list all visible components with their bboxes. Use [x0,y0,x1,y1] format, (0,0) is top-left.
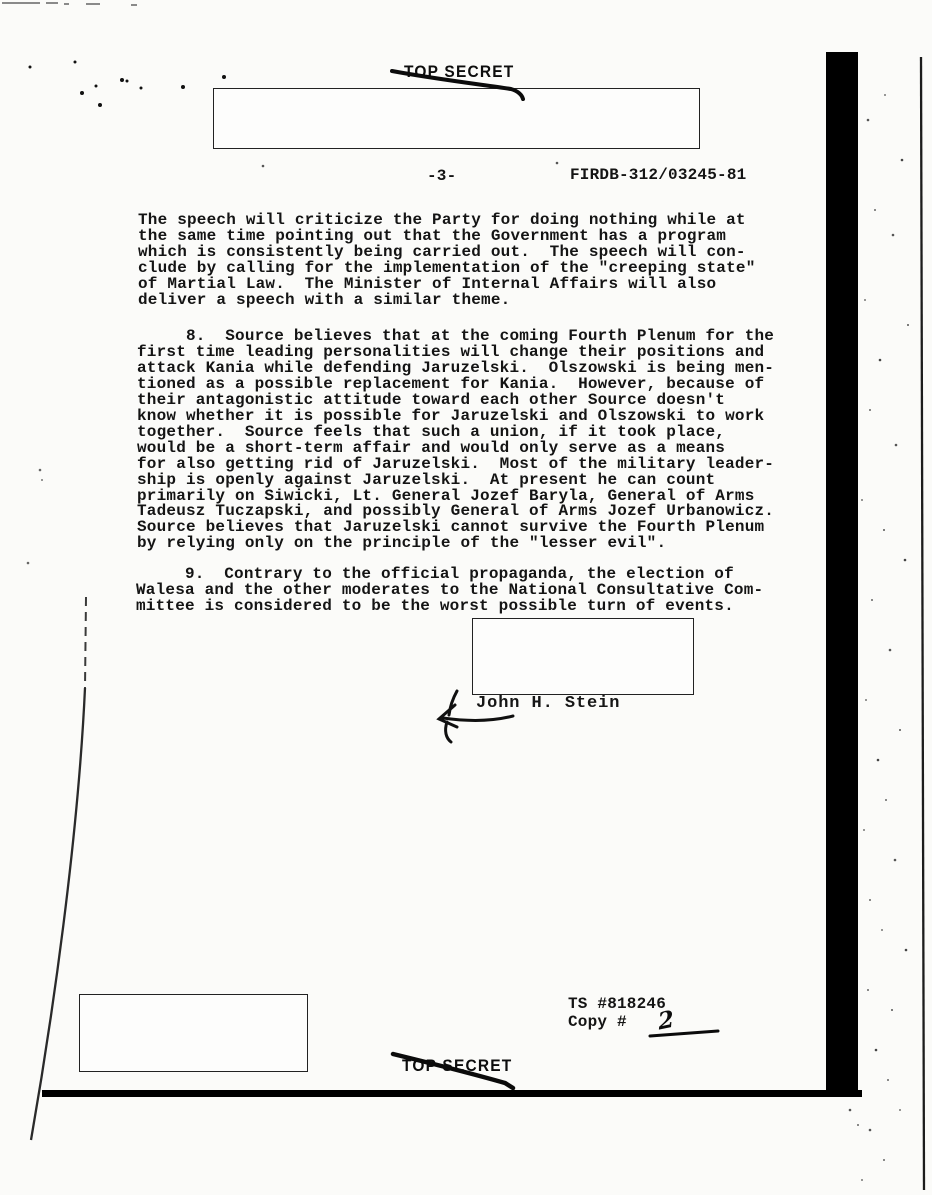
redaction-box-footer [79,994,308,1072]
redaction-box-header [213,88,700,149]
page-edge-line-right [921,57,924,1190]
ts-number: TS #818246 [568,997,666,1013]
paragraph-continuation: The speech will criticize the Party for … [138,213,756,309]
redaction-box-signature [472,618,694,695]
top-secret-stamp-bottom: TOP SECRET [402,1058,512,1077]
page-edge-line-left [31,688,85,1140]
page-number: -3- [427,169,456,185]
reference-number: FIRDB-312/03245-81 [570,168,746,184]
page-edge-line-left-dashed [85,597,86,688]
page-edge-dashes-top [2,3,137,5]
copy-number-handwritten: 2 [657,1005,676,1035]
paragraph-9: 9. Contrary to the official propaganda, … [136,567,763,615]
document-page: TOP SECRET -3- FIRDB-312/03245-81 The sp… [0,0,932,1195]
top-secret-stamp-top: TOP SECRET [404,64,514,83]
paragraph-8: 8. Source believes that at the coming Fo… [137,329,774,552]
copy-label: Copy # [568,1015,627,1031]
scan-bar-right [826,52,858,1096]
scan-bar-bottom [42,1090,862,1097]
signature-name: John H. Stein [476,694,620,713]
